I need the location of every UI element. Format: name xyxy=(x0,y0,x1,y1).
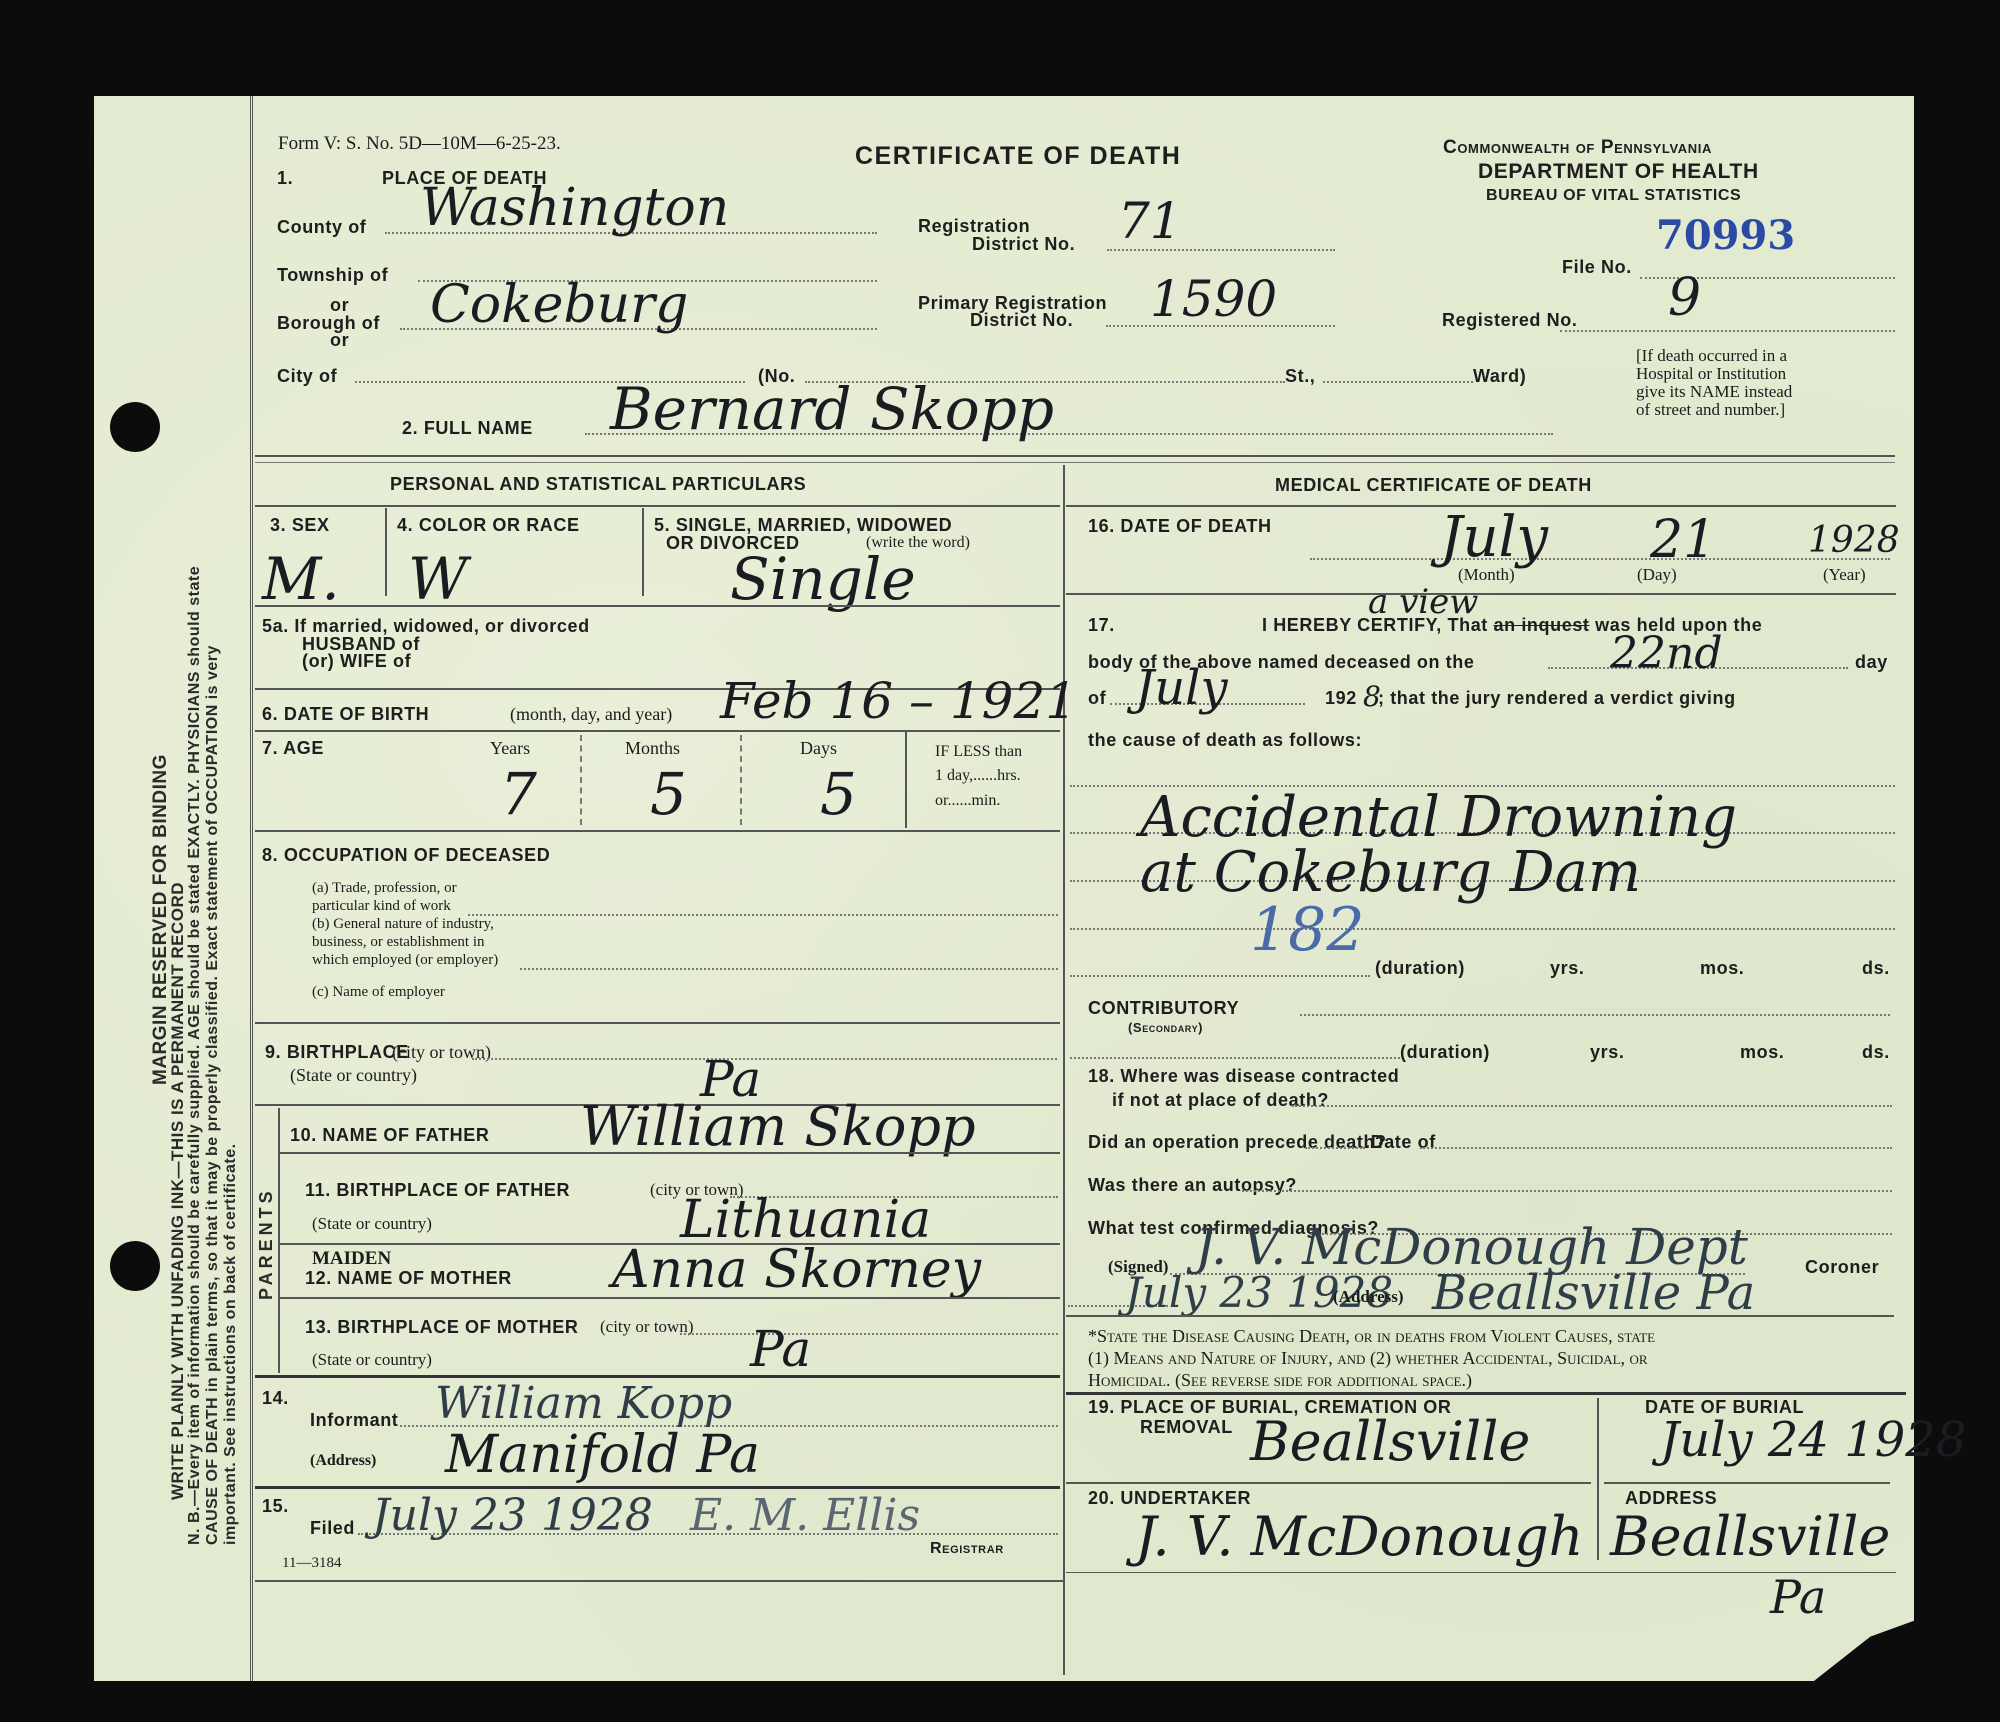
registrar-signature[interactable]: E. M. Ellis xyxy=(690,1490,920,1541)
margin-write-plainly: WRITE PLAINLY WITH UNFADING INK—THIS IS … xyxy=(168,882,188,1500)
informant-address-value[interactable]: Manifold Pa xyxy=(445,1425,760,1485)
operation-question: Did an operation precede death? xyxy=(1088,1132,1387,1153)
filed-label: Filed xyxy=(310,1518,355,1539)
occupation-employer-label: (c) Name of employer xyxy=(312,984,445,1001)
issuer-line3: BUREAU OF VITAL STATISTICS xyxy=(1486,187,1741,205)
form-number: Form V: S. No. 5D—10M—6-25-23. xyxy=(278,133,561,155)
q18-label: 18. Where was disease contracted xyxy=(1088,1066,1399,1087)
age-days-label: Days xyxy=(800,738,837,759)
death-day-value[interactable]: 21 xyxy=(1650,510,1716,570)
inserted-view-text: a view xyxy=(1368,582,1478,622)
form-code: 11—3184 xyxy=(282,1555,341,1572)
death-month-value[interactable]: July xyxy=(1440,505,1548,570)
undertaker-address-state[interactable]: Pa xyxy=(1770,1570,1826,1624)
occupation-industry-label: which employed (or employer) xyxy=(312,952,498,969)
issuer-line1: Commonwealth of Pennsylvania xyxy=(1443,137,1712,159)
ward-label: Ward) xyxy=(1473,366,1526,387)
date-of-death-label: 16. DATE OF DEATH xyxy=(1088,516,1272,537)
full-name-value[interactable]: Bernard Skopp xyxy=(610,375,1054,443)
informant-value[interactable]: William Kopp xyxy=(435,1378,732,1429)
cause-of-death-line2[interactable]: at Cokeburg Dam xyxy=(1140,840,1641,905)
binding-hole-top xyxy=(110,402,160,452)
primary-registration-label: District No. xyxy=(970,310,1073,331)
struck-inquest-text: an inquest xyxy=(1494,615,1590,635)
coroner-address-value[interactable]: Beallsville Pa xyxy=(1432,1265,1755,1321)
father-name-label: 10. NAME OF FATHER xyxy=(290,1125,489,1146)
age-years-label: Years xyxy=(490,738,530,759)
undertaker-value[interactable]: J. V. McDonough xyxy=(1135,1505,1583,1568)
filed-date-value[interactable]: July 23 1928 xyxy=(372,1490,653,1541)
medical-section-heading: MEDICAL CERTIFICATE OF DEATH xyxy=(1275,475,1592,496)
city-label: City of xyxy=(277,366,337,387)
item-1-number: 1. xyxy=(277,168,293,189)
burial-date-value[interactable]: July 24 1928 xyxy=(1660,1412,1966,1468)
registration-district-value[interactable]: 71 xyxy=(1118,192,1182,250)
dob-label: 6. DATE OF BIRTH xyxy=(262,704,429,725)
margin-nb-line2: CAUSE OF DEATH in plain terms, so that i… xyxy=(204,645,222,1545)
issuer-line2: DEPARTMENT OF HEALTH xyxy=(1478,160,1759,184)
county-label: County of xyxy=(277,217,366,238)
file-no-label: File No. xyxy=(1562,257,1632,278)
inquest-month-value[interactable]: July xyxy=(1135,660,1228,716)
file-number-stamp: 70993 xyxy=(1656,212,1795,259)
burial-place-value[interactable]: Beallsville xyxy=(1250,1410,1530,1473)
borough-label: Borough of xyxy=(277,313,380,334)
coroner-label: Coroner xyxy=(1805,1257,1879,1278)
occupation-trade-label: particular kind of work xyxy=(312,898,451,915)
occupation-label: 8. OCCUPATION OF DECEASED xyxy=(262,845,550,866)
age-years-value[interactable]: 7 xyxy=(500,760,537,828)
age-months-label: Months xyxy=(625,738,680,759)
sex-value[interactable]: M. xyxy=(262,545,340,613)
informant-label: Informant xyxy=(310,1410,398,1431)
father-birthplace-label: 11. BIRTHPLACE OF FATHER xyxy=(305,1180,570,1201)
registration-district-label: District No. xyxy=(972,234,1075,255)
contributory-label: CONTRIBUTORY xyxy=(1088,998,1239,1019)
street-label: St., xyxy=(1285,366,1315,387)
age-label: 7. AGE xyxy=(262,738,324,759)
age-months-value[interactable]: 5 xyxy=(650,760,687,828)
birthplace-label: 9. BIRTHPLACE xyxy=(265,1042,409,1063)
sex-label: 3. SEX xyxy=(270,515,330,536)
father-name-value[interactable]: William Skopp xyxy=(580,1095,976,1158)
township-label: Township of xyxy=(277,265,388,286)
cause-footnote: *State the Disease Causing Death, or in … xyxy=(1088,1325,1655,1391)
mother-birthplace-label: 13. BIRTHPLACE OF MOTHER xyxy=(305,1317,578,1338)
autopsy-question: Was there an autopsy? xyxy=(1088,1175,1297,1196)
personal-section-heading: PERSONAL AND STATISTICAL PARTICULARS xyxy=(390,474,806,495)
mother-birthplace-value[interactable]: Pa xyxy=(750,1320,811,1378)
death-year-value[interactable]: 1928 xyxy=(1808,520,1900,561)
cause-code: 182 xyxy=(1250,895,1365,965)
registered-no-value: 9 xyxy=(1668,268,1701,328)
age-days-value[interactable]: 5 xyxy=(820,760,857,828)
primary-registration-value[interactable]: 1590 xyxy=(1150,270,1277,328)
hospital-note: [If death occurred in a Hospital or Inst… xyxy=(1636,347,1851,419)
race-label: 4. COLOR OR RACE xyxy=(397,515,580,536)
registered-no-label: Registered No. xyxy=(1442,310,1577,331)
county-value[interactable]: Washington xyxy=(420,178,729,238)
full-name-label: 2. FULL NAME xyxy=(402,418,533,439)
margin-nb-line1: N. B.—Every item of information should b… xyxy=(186,566,204,1545)
undertaker-address-value[interactable]: Beallsville xyxy=(1610,1505,1890,1568)
binding-margin-rule xyxy=(250,96,253,1681)
borough-value[interactable]: Cokeburg xyxy=(430,275,688,335)
registrar-label: Registrar xyxy=(930,1540,1004,1558)
dob-value[interactable]: Feb 16 – 1921 xyxy=(720,672,1077,730)
mother-name-value[interactable]: Anna Skorney xyxy=(612,1240,981,1300)
informant-address-label: (Address) xyxy=(310,1452,376,1470)
margin-nb-line3: important. See instructions on back of c… xyxy=(222,1143,240,1545)
parents-side-label: PARENTS xyxy=(256,1187,277,1300)
dob-hint: (month, day, and year) xyxy=(510,704,672,725)
race-value[interactable]: W xyxy=(408,545,468,613)
mother-name-label: 12. NAME OF MOTHER xyxy=(305,1268,512,1289)
inquest-day-value[interactable]: 22nd xyxy=(1610,628,1723,679)
certificate-title: CERTIFICATE OF DEATH xyxy=(855,142,1181,171)
binding-hole-bottom xyxy=(110,1241,160,1291)
marital-value[interactable]: Single xyxy=(730,545,916,613)
